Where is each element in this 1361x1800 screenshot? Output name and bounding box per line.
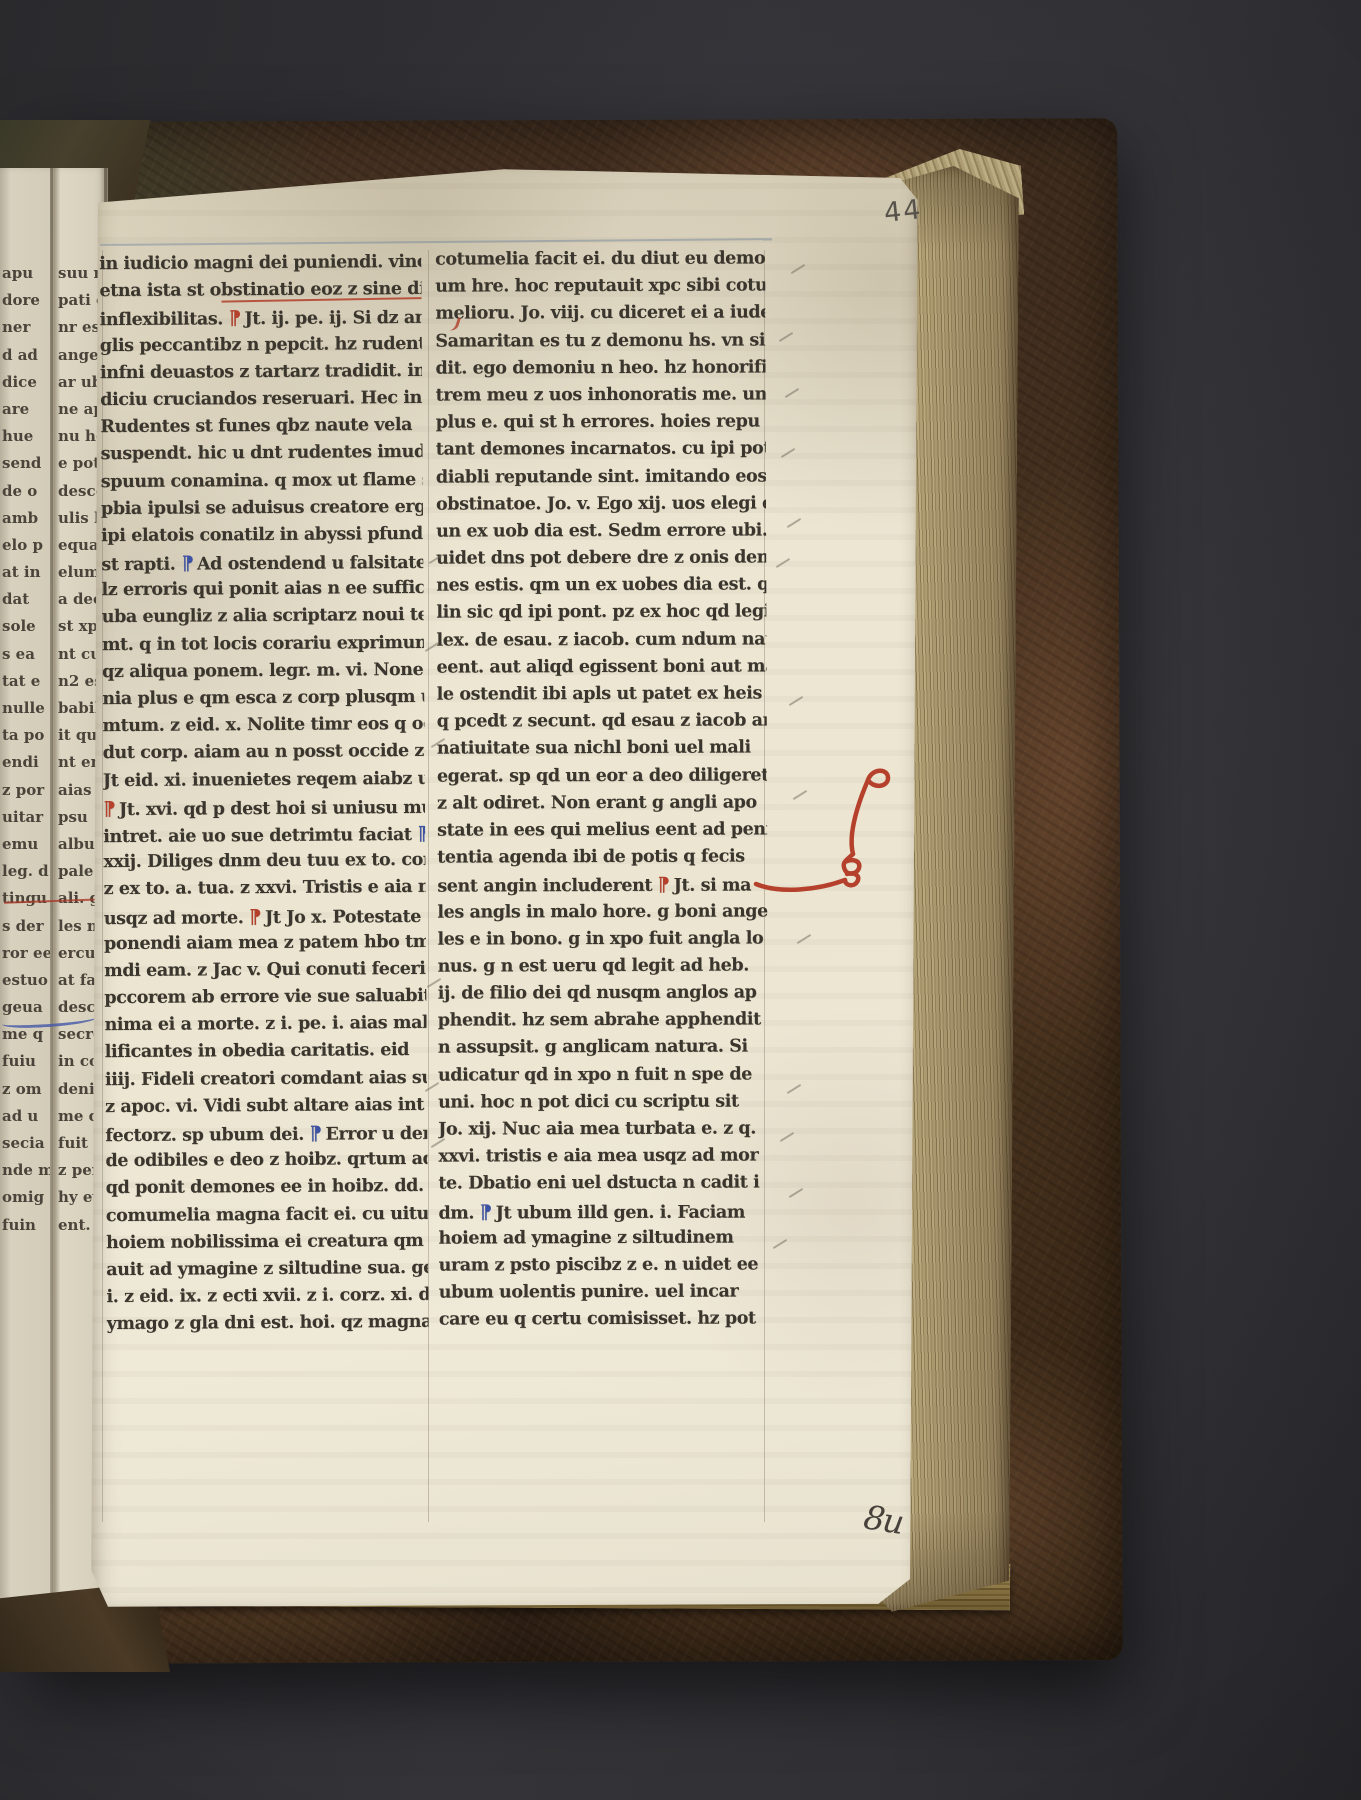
sliver-text-fragment: amb: [2, 505, 50, 532]
manuscript-text-line: fectorz. sp ubum dei. ¶Error u dem al: [105, 1119, 427, 1148]
sliver-text-fragment: nr est: [58, 314, 104, 341]
manuscript-text-line: ymago z gla dni est. hoi. qz magna: [107, 1309, 429, 1338]
manuscript-text-line: nes estis. qm un ex uobes dia est. qpau: [436, 572, 766, 600]
manuscript-text-line: glis peccantibz n pepcit. hz rudentibz: [100, 330, 422, 359]
manuscript-text-line: les angls in malo hore. g boni ange: [437, 898, 767, 926]
blue-paraph-icon: ¶: [418, 820, 425, 847]
sliver-text-fragment: apu: [2, 260, 50, 287]
sliver-text-strip-left: apudorenerd addicearehuesendde oambelo p…: [2, 260, 50, 1239]
sliver-text-fragment: at in: [2, 559, 50, 586]
manuscript-text-line: z apoc. vi. Vidi subt altare aias int: [105, 1092, 427, 1121]
manuscript-text-line: phendit. hz sem abrahe apphendit: [438, 1007, 768, 1035]
manuscript-text-line: sent angin includerent ¶Jt. si ma: [437, 871, 767, 899]
manuscript-text-line: um hre. hoc reputauit xpc sibi cotu: [435, 273, 765, 301]
manuscript-text-line: plus e. qui st h errores. hoies repu: [436, 409, 766, 437]
manuscript-text-line: tant demones incarnatos. cu ipi pot: [436, 436, 766, 464]
sliver-text-fragment: tingu: [2, 885, 50, 912]
facing-page-edge-sliver: apudorenerd addicearehuesendde oambelo p…: [0, 168, 108, 1624]
manuscript-text-line: xxvi. tristis e aia mea usqz ad mor: [438, 1143, 768, 1171]
sliver-text-fragment: elo p: [2, 532, 50, 559]
manuscript-text-line: iiij. Fideli creatori comdant aias sual.: [105, 1064, 427, 1093]
manuscript-text-line: pbia ipulsi se aduisus creatore ergert: [101, 494, 423, 523]
red-paraph-icon: ¶: [104, 795, 116, 822]
folio-number: 44: [882, 194, 923, 229]
manuscript-text-line: pccorem ab errore vie sue saluabit: [104, 983, 426, 1012]
manuscript-text-line: lz erroris qui ponit aias n ee sufficiu: [101, 575, 423, 604]
manuscript-text-line: mt. q in tot locis corariu exprimunt.: [102, 630, 424, 659]
manuscript-text-line: hoiem nobilissima ei creatura qm cre: [106, 1228, 428, 1257]
red-paraph-icon: ¶: [250, 903, 262, 930]
sliver-text-fragment: ta po: [2, 722, 50, 749]
red-flourish-icon: [752, 758, 912, 906]
sliver-text-fragment: omig: [2, 1184, 50, 1211]
sliver-text-fragment: z por: [2, 777, 50, 804]
manuscript-text-line: cotumelia facit ei. du diut eu demoi: [435, 245, 765, 273]
manuscript-text-line: dut corp. aiam au n posst occide ze.: [103, 738, 425, 767]
manuscript-text-line: z ex to. a. tua. z xxvi. Tristis e aia m…: [104, 874, 426, 903]
manuscript-text-line: etna ista st obstinatio eoz z sine dine: [99, 276, 421, 305]
manuscript-text-line: mtum. z eid. x. Nolite timr eos q occ: [102, 711, 424, 740]
sliver-text-fragment: ror ee: [2, 940, 50, 967]
manuscript-text-line: diabli reputande sint. imitando eos i: [436, 463, 766, 491]
manuscript-text-line: de odibiles e deo z hoibz. qrtum ad h: [105, 1146, 427, 1175]
sliver-text-fragment: sole: [2, 613, 50, 640]
manuscript-text-line: n assupsit. g anglicam natura. Si: [438, 1034, 768, 1062]
sliver-text-fragment: nde m: [2, 1157, 50, 1184]
blue-paraph-icon: ¶: [311, 1120, 323, 1147]
manuscript-text-line: lin sic qd ipi pont. pz ex hoc qd legit: [436, 599, 766, 627]
sliver-text-fragment: dice: [2, 369, 50, 396]
manuscript-text-line: nus. g n est ueru qd legit ad heb.: [438, 952, 768, 980]
sliver-text-fragment: tat e: [2, 668, 50, 695]
sliver-text-fragment: suu re: [58, 260, 104, 287]
manuscript-text-line: comumelia magna facit ei. cu uituipat: [106, 1200, 428, 1229]
manuscript-text-line: suspendt. hic u dnt rudentes imudoz: [100, 439, 422, 468]
manuscript-text-line: care eu q certu comisisset. hz pot: [439, 1306, 769, 1334]
sliver-text-fragment: dat: [2, 586, 50, 613]
manuscript-text-line: Samaritan es tu z demonu hs. vn sib: [435, 327, 765, 355]
manuscript-text-line: qd ponit demones ee in hoibz. dd. Jo. q.: [106, 1173, 428, 1202]
manuscript-text-line: ponendi aiam mea z patem hbo tm su: [104, 929, 426, 958]
sliver-text-fragment: ad u: [2, 1103, 50, 1130]
manuscript-text-line: inflexibilitas. ¶Jt. ij. pe. ij. Si dz a…: [100, 303, 422, 332]
manuscript-text-line: dit. ego demoniu n heo. hz honorifico pa: [435, 354, 765, 382]
sliver-text-fragment: s ea: [2, 641, 50, 668]
sliver-text-fragment: are: [2, 396, 50, 423]
sliver-text-fragment: secia: [2, 1130, 50, 1157]
manuscript-text-line: nima ei a morte. z i. pe. i. aias mal: [104, 1010, 426, 1039]
manuscript-text-line: z alt odiret. Non erant g angli apo: [437, 789, 767, 817]
manuscript-text-line: nia plus e qm esca z corp plusqm uest: [102, 684, 424, 713]
sliver-text-fragment: estuo: [2, 967, 50, 994]
sliver-text-fragment: nulle: [2, 695, 50, 722]
manuscript-text-line: mdi eam. z Jac v. Qui conuti fecerit: [104, 956, 426, 985]
manuscript-text-line: st rapti. ¶Ad ostendend u falsitate il: [101, 548, 423, 577]
manuscript-text-line: q pcedt z secunt. qd esau z iacob an: [437, 708, 767, 736]
manuscript-text-line: un ex uob dia est. Sedm errore ubi. ut: [436, 517, 766, 545]
manuscript-text-line: obstinatoe. Jo. v. Ego xij. uos elegi et: [436, 490, 766, 518]
text-column-2: cotumelia facit ei. du diut eu demoium h…: [435, 245, 769, 1352]
manuscript-text-line: Jo. xij. Nuc aia mea turbata e. z q.: [438, 1115, 768, 1143]
manuscript-text-line: spuum conamina. q mox ut flame su: [101, 466, 423, 495]
sliver-text-fragment: ner: [2, 314, 50, 341]
blue-paraph-icon: ¶: [481, 1198, 493, 1225]
sliver-text-fragment: de o: [2, 478, 50, 505]
page-crease: [50, 168, 53, 1624]
manuscript-text-line: ubum uolentis punire. uel incar: [439, 1279, 769, 1307]
sliver-text-fragment: emu: [2, 831, 50, 858]
sliver-text-fragment: angelos: [58, 342, 104, 369]
manuscript-text-line: in iudicio magni dei puniendi. vincula: [99, 249, 421, 278]
manuscript-text-line: Rudentes st funes qbz naute vela: [100, 412, 422, 441]
red-paraph-icon: ¶: [659, 871, 671, 898]
manuscript-text-line: eent. aut aliqd egissent boni aut ma: [436, 653, 766, 681]
manuscript-text-line: melioru. Jo. viij. cu diceret ei a iudei…: [435, 300, 765, 328]
photograph-of-manuscript: apudorenerd addicearehuesendde oambelo p…: [0, 0, 1361, 1800]
manuscript-text-line: lificantes in obedia caritatis. eid: [105, 1037, 427, 1066]
sliver-text-fragment: fuin: [2, 1212, 50, 1239]
sliver-text-fragment: d ad: [2, 342, 50, 369]
sliver-text-fragment: send: [2, 450, 50, 477]
sliver-text-fragment: endi: [2, 749, 50, 776]
manuscript-text-line: auit ad ymagine z siltudine sua. gen.: [106, 1255, 428, 1284]
manuscript-text-line: egerat. sp qd un eor a deo diligeret: [437, 762, 767, 790]
manuscript-text-line: infni deuastos z tartarz tradidit. in iu: [100, 358, 422, 387]
blue-paraph-icon: ¶: [182, 550, 194, 577]
sliver-text-fragment: dore: [2, 287, 50, 314]
sliver-text-fragment: uitar: [2, 804, 50, 831]
manuscript-text-line: udicatur qd in xpo n fuit n spe de: [438, 1061, 768, 1089]
manuscript-text-line: intret. aie uo sue detrimtu faciat ¶Jt: [103, 820, 425, 849]
manuscript-text-line: usqz ad morte. ¶Jt Jo x. Potestate hbo: [104, 901, 426, 930]
manuscript-text-line: uidet dns pot debere dre z onis demo: [436, 544, 766, 572]
sliver-text-fragment: fuiu: [2, 1048, 50, 1075]
manuscript-text-line: state in ees qui melius eent ad peni: [437, 816, 767, 844]
manuscript-text-line: hoiem ad ymagine z siltudinem: [438, 1224, 768, 1252]
manuscript-text-line: ¶Jt. xvi. qd p dest hoi si uniusu mudu: [103, 793, 425, 822]
manuscript-text-line: uram z psto piscibz z e. n uidet ee: [439, 1251, 769, 1279]
manuscript-text-line: te. Dbatio eni uel dstucta n cadit i: [438, 1170, 768, 1198]
manuscript-text-line: i. z eid. ix. z ecti xvii. z i. corz. xi…: [106, 1282, 428, 1311]
sliver-text-fragment: s der: [2, 913, 50, 940]
red-paraph-icon: ¶: [230, 305, 242, 332]
manuscript-text-line: diciu cruciandos reseruari. Hec in glo.: [100, 385, 422, 414]
sliver-text-fragment: pati qz: [58, 287, 104, 314]
sliver-text-fragment: hue: [2, 423, 50, 450]
sliver-text-fragment: z om: [2, 1076, 50, 1103]
manuscript-text-line: qz aliqua ponem. legr. m. vi. None aia: [102, 657, 424, 686]
manuscript-text-line: les e in bono. g in xpo fuit angla lo: [437, 925, 767, 953]
manuscript-text-line: le ostendit ibi apls ut patet ex heis: [437, 680, 767, 708]
manuscript-text-line: Jt eid. xi. inuenietes reqem aiabz uis.: [103, 765, 425, 794]
manuscript-text-line: dm. ¶Jt ubum illd gen. i. Faciam: [438, 1197, 768, 1225]
manuscript-text-line: uni. hoc n pot dici cu scriptu sit: [438, 1088, 768, 1116]
sliver-text-fragment: leg. d: [2, 858, 50, 885]
manuscript-text-line: natiuitate sua nichl boni uel mali: [437, 735, 767, 763]
manuscript-text-line: xxij. Diliges dnm deu tuu ex to. cor. t.: [103, 847, 425, 876]
manuscript-text-line: lex. de esau. z iacob. cum ndum nati: [436, 626, 766, 654]
manuscript-text-line: ij. de filio dei qd nusqm anglos ap: [438, 979, 768, 1007]
manuscript-text-line: tentia agenda ibi de potis q fecis: [437, 844, 767, 872]
manuscript-text-line: uba eungliz z alia scriptarz noui testa: [102, 602, 424, 631]
ink-mark: 8u: [861, 1497, 905, 1542]
text-column-1: in iudicio magni dei puniendi. vinculaet…: [99, 249, 429, 1353]
manuscript-text-line: ipi elatois conatilz in abyssi pfundu: [101, 521, 423, 550]
manuscript-text-line: trem meu z uos inhonoratis me. uno qd: [436, 381, 766, 409]
